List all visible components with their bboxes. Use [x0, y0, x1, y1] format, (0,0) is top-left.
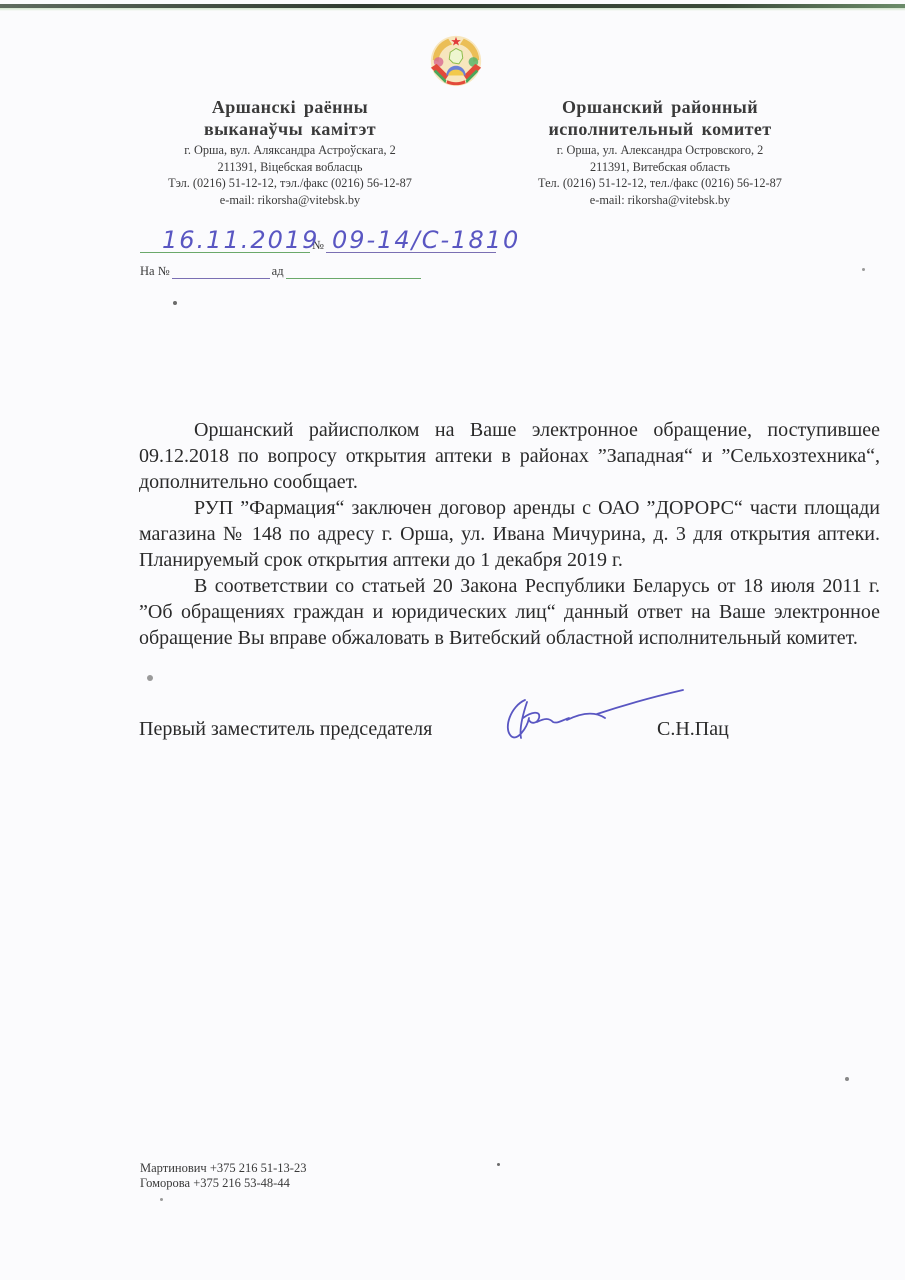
header-russian: Оршанский районный исполнительный комите… [510, 96, 810, 208]
signature-block: Первый заместитель председателя С.Н.Пац [139, 718, 759, 758]
handwritten-date: 16.11.2019 [162, 226, 319, 254]
scan-speck [497, 1163, 500, 1166]
number-field: 09-14/С-1810 [326, 230, 496, 253]
signatory-title: Первый заместитель председателя [139, 718, 432, 741]
scan-speck [862, 268, 865, 271]
handwritten-number: 09-14/С-1810 [332, 226, 520, 254]
contact-line: Мартинович +375 216 51-13-23 [140, 1161, 306, 1176]
postal-be: 211391, Віцебская вобласць [140, 159, 440, 176]
email-ru: e-mail: rikorsha@vitebsk.by [510, 192, 810, 209]
contact-line: Гоморова +375 216 53-48-44 [140, 1176, 306, 1191]
scan-speck [845, 1077, 849, 1081]
registration-reference: На №ад [140, 264, 421, 279]
org-name-ru-line1: Оршанский районный [510, 96, 810, 118]
ref-label: На № [140, 264, 172, 279]
letter-body: Оршанский райисполком на Ваше электронно… [139, 417, 880, 651]
ref-from-label: ад [270, 264, 286, 279]
scan-speck [173, 301, 177, 305]
address-be: г. Орша, вул. Аляксандра Астроўскага, 2 [140, 142, 440, 159]
executor-contacts: Мартинович +375 216 51-13-23 Гоморова +3… [140, 1161, 306, 1191]
postal-ru: 211391, Витебская область [510, 159, 810, 176]
phones-be: Тэл. (0216) 51-12-12, тэл./факс (0216) 5… [140, 175, 440, 192]
address-ru: г. Орша, ул. Александра Островского, 2 [510, 142, 810, 159]
scan-top-edge-shadow [0, 8, 905, 11]
ref-number-field [172, 266, 270, 279]
org-name-be-line2: выканаўчы камітэт [140, 118, 440, 140]
org-name-ru-line2: исполнительный комитет [510, 118, 810, 140]
scan-speck [160, 1198, 163, 1201]
paragraph-2: РУП ”Фармация“ заключен договор аренды с… [139, 495, 880, 573]
signatory-name: С.Н.Пац [657, 718, 729, 741]
org-name-be-line1: Аршанскі раённы [140, 96, 440, 118]
header-belarusian: Аршанскі раённы выканаўчы камітэт г. Орш… [140, 96, 440, 208]
phones-ru: Тел. (0216) 51-12-12, тел./факс (0216) 5… [510, 175, 810, 192]
registration-date-number: 16.11.2019 № 09-14/С-1810 [140, 230, 496, 260]
paragraph-3: В соответствии со статьей 20 Закона Респ… [139, 573, 880, 651]
scan-speck [147, 675, 153, 681]
date-field: 16.11.2019 [140, 230, 310, 253]
email-be: e-mail: rikorsha@vitebsk.by [140, 192, 440, 209]
paragraph-1: Оршанский райисполком на Ваше электронно… [139, 417, 880, 495]
coat-of-arms-icon [427, 31, 485, 89]
ref-date-field [286, 266, 421, 279]
